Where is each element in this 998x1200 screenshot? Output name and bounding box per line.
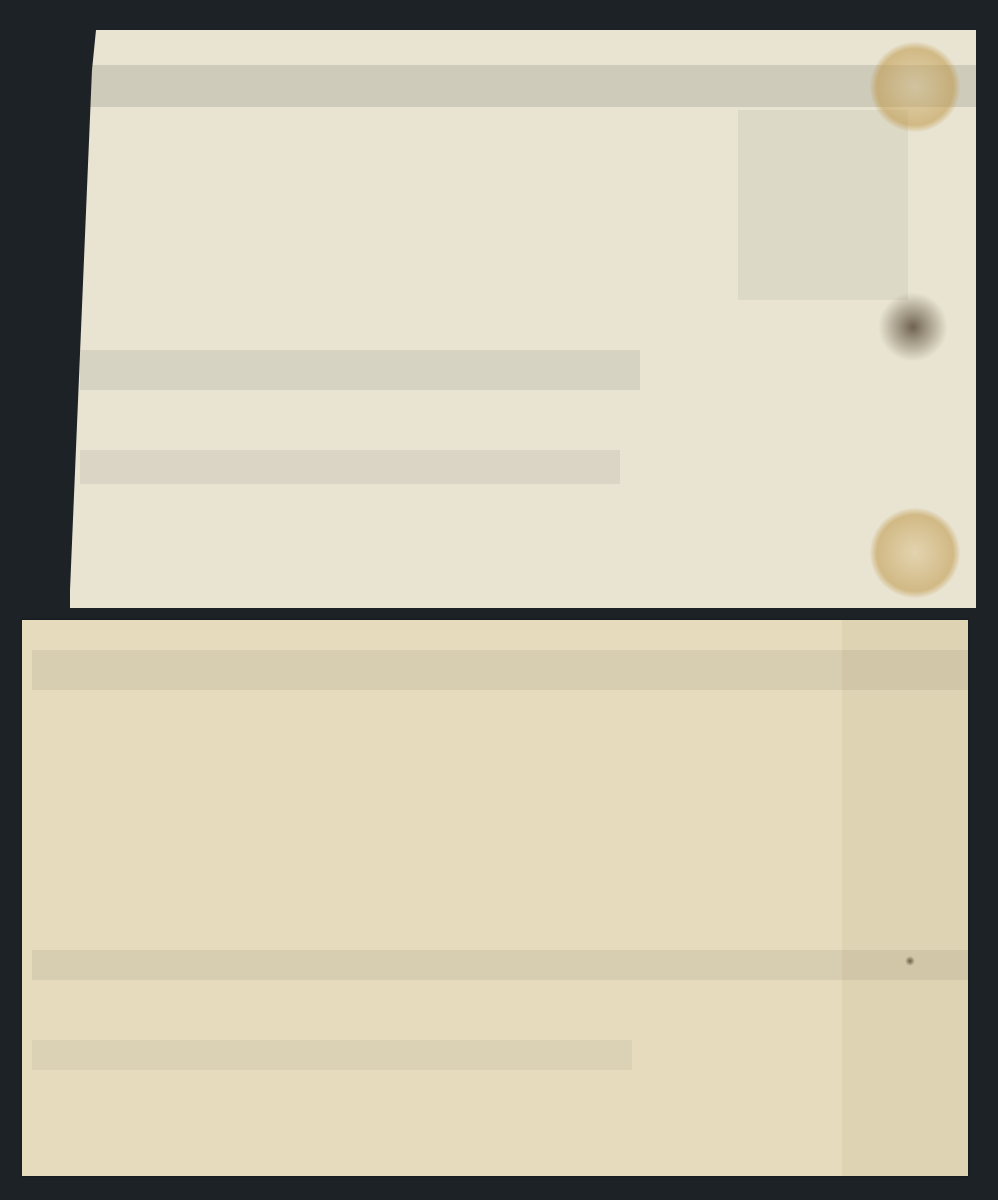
show-through-header-band [32,650,968,690]
show-through-text-band [80,350,640,390]
foxing-stain [870,42,960,132]
show-through-header-band [90,65,976,107]
show-through-vignette [738,110,908,300]
dark-spot [878,292,948,362]
foxing-stain [870,508,960,598]
show-through-text-band [80,450,620,484]
bottom-banknote-back [22,620,968,1176]
top-banknote-back [70,30,976,608]
dark-spot [905,956,915,966]
show-through-text-band [32,1040,632,1070]
edge-toning [842,620,968,1176]
show-through-text-band [32,950,968,980]
